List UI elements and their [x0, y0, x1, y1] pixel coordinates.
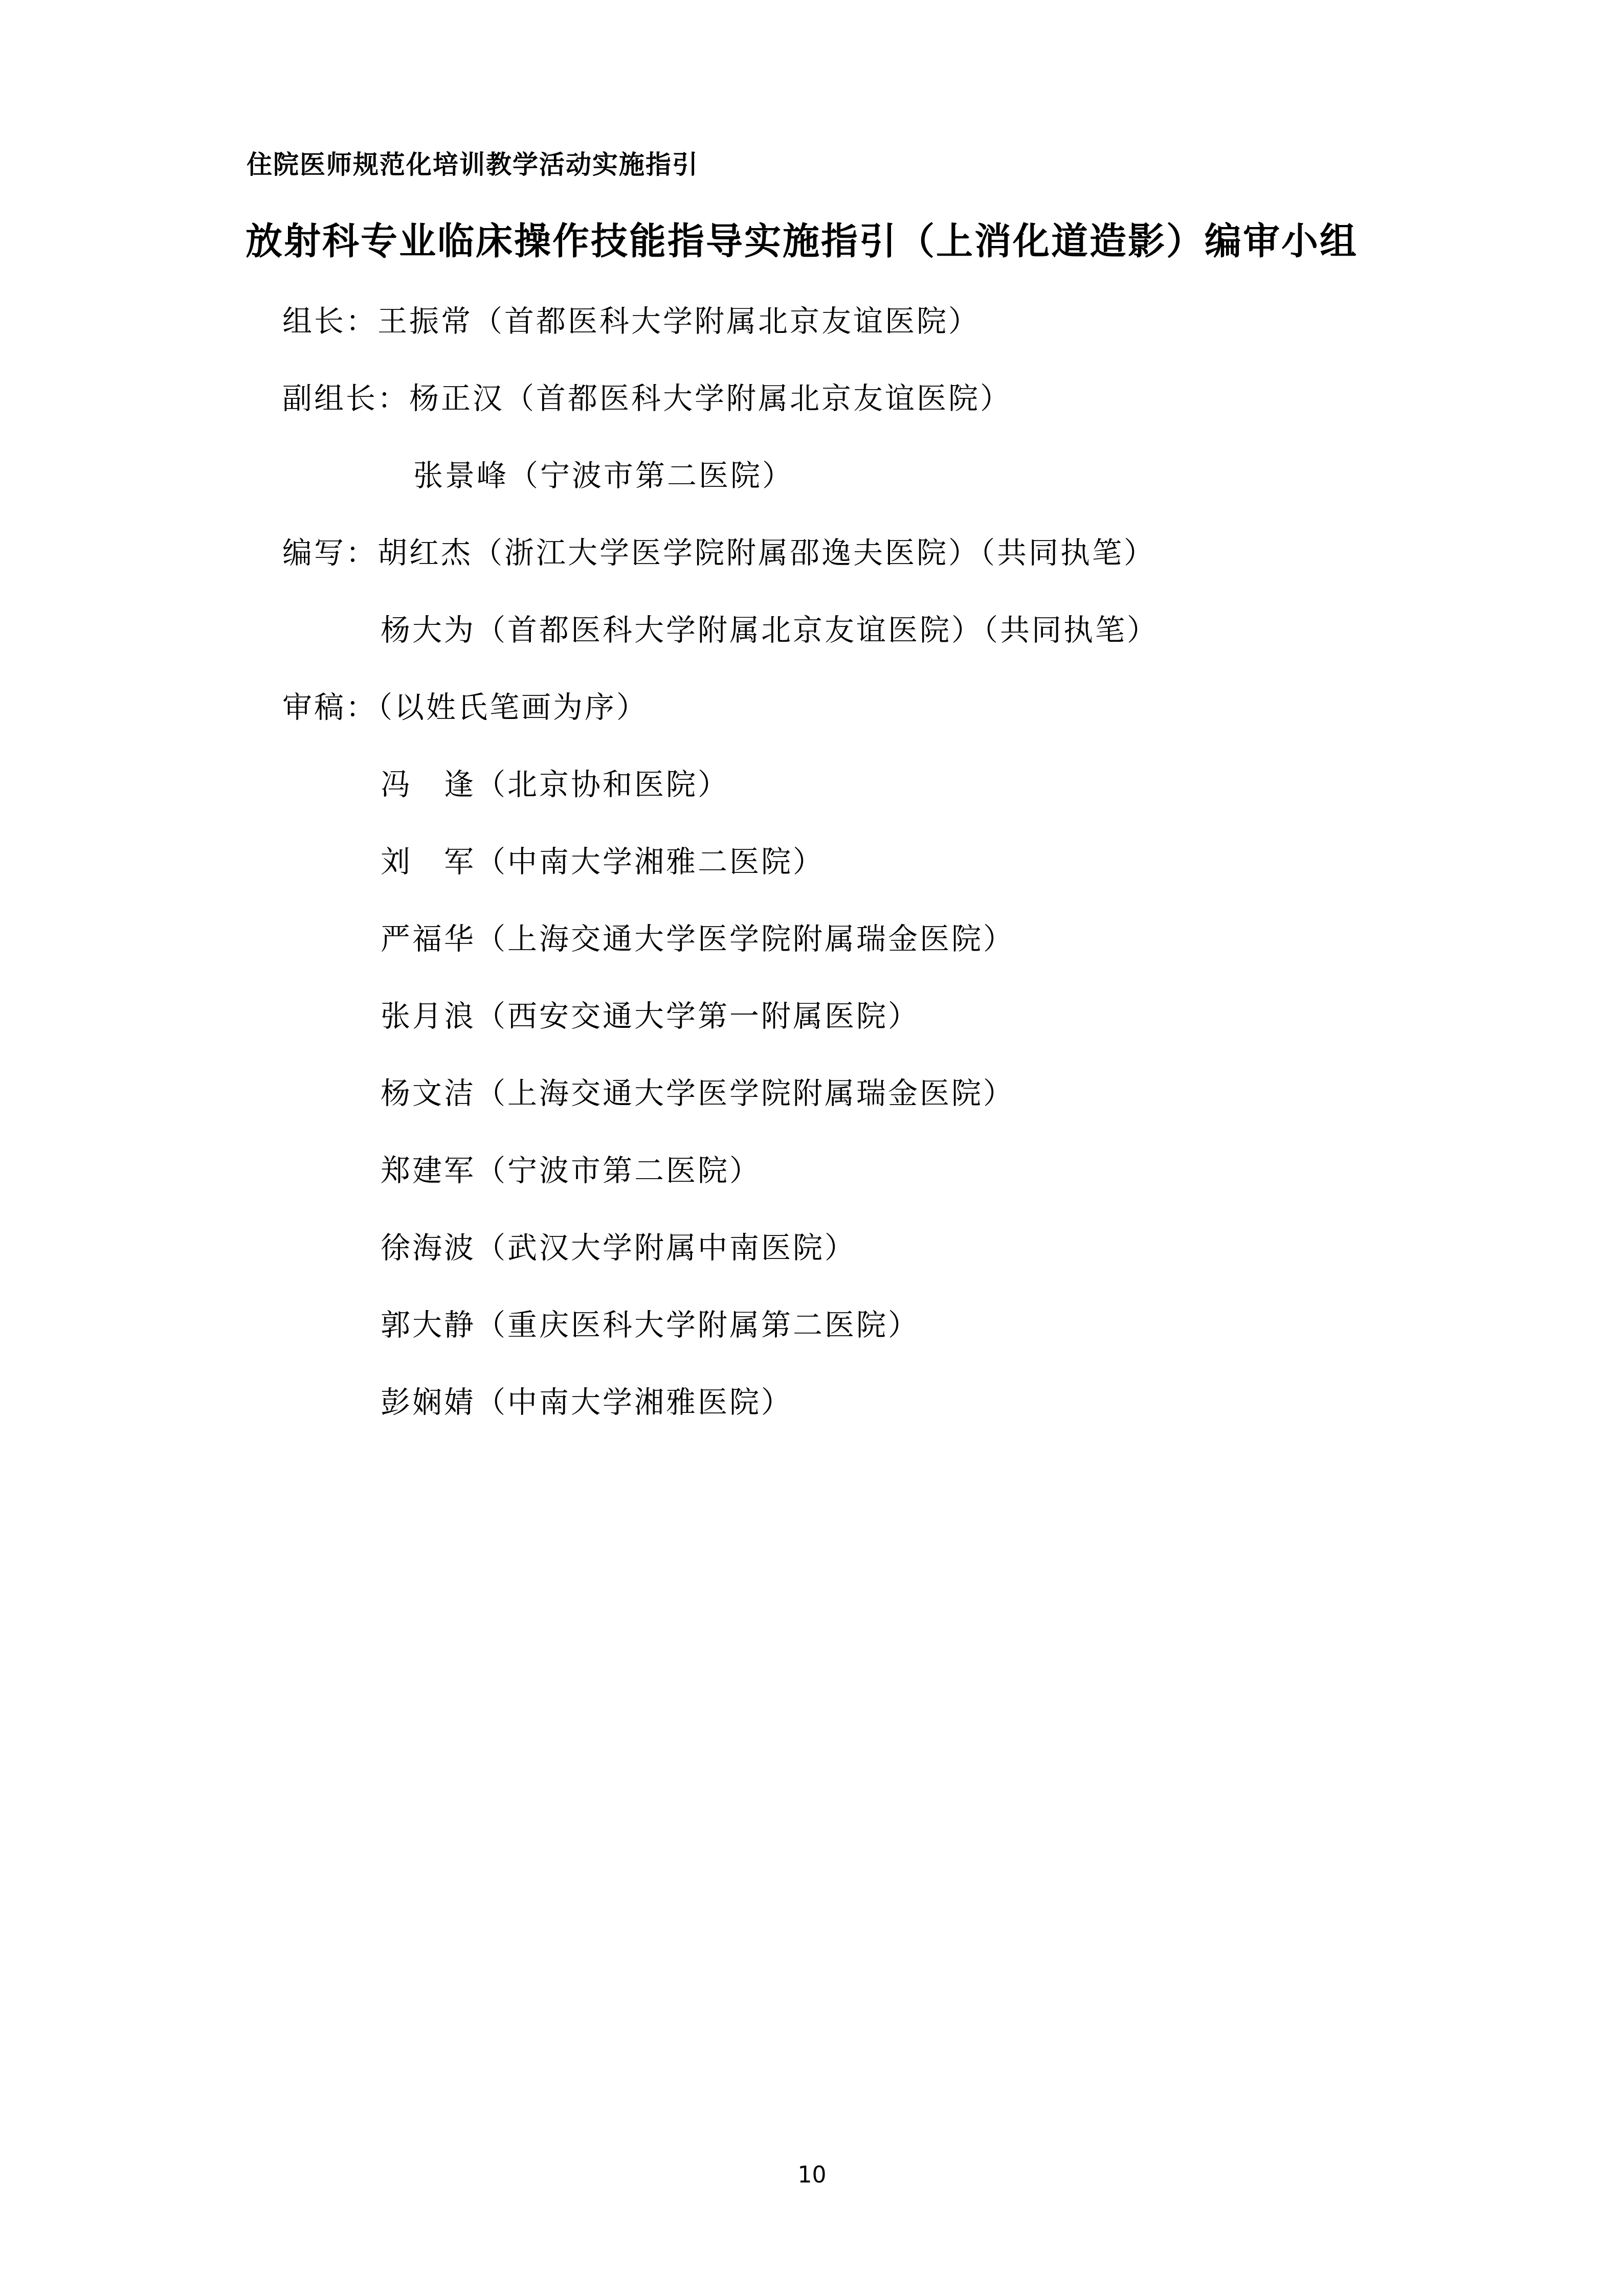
- reviewer-affiliation: （中南大学湘雅医院）: [476, 1385, 793, 1420]
- writer-row: 编写：胡红杰（浙江大学医学院附属邵逸夫医院）（共同执笔）: [282, 534, 1155, 571]
- writer-note: （共同执笔）: [983, 613, 1159, 647]
- leader-row: 组长：王振常（首都医科大学附属北京友谊医院）: [282, 303, 980, 340]
- page-title: 放射科专业临床操作技能指导实施指引（上消化道造影）编审小组: [246, 218, 1358, 264]
- deputy-leaders-label: 副组长：: [282, 381, 409, 416]
- reviewer-row: 郑建军（宁波市第二医院）: [381, 1152, 761, 1189]
- reviewer-row: 严福华（上海交通大学医学院附属瑞金医院）: [381, 920, 1015, 957]
- reviewer-affiliation: （西安交通大学第一附属医院）: [476, 999, 920, 1033]
- deputy-leader-name: 杨正汉: [409, 381, 504, 416]
- running-header: 住院医师规范化培训教学活动实施指引: [247, 149, 699, 180]
- reviewer-affiliation: （中南大学湘雅二医院）: [476, 844, 825, 879]
- deputy-leader-row: 副组长：杨正汉（首都医科大学附属北京友谊医院）: [282, 380, 1012, 417]
- reviewer-row: 彭娴婧（中南大学湘雅医院）: [381, 1384, 793, 1421]
- writer-note: （共同执笔）: [980, 535, 1155, 570]
- reviewer-name: 徐海波: [381, 1230, 476, 1265]
- reviewer-affiliation: （宁波市第二医院）: [476, 1153, 761, 1188]
- reviewer-affiliation: （武汉大学附属中南医院）: [476, 1230, 856, 1265]
- deputy-leader-name: 张景峰: [413, 458, 508, 493]
- reviewer-name: 张月浪: [381, 999, 476, 1033]
- leader-name: 王振常: [377, 304, 473, 339]
- reviewer-row: 冯 逢（北京协和医院）: [381, 766, 729, 803]
- writer-name: 杨大为: [381, 613, 476, 647]
- reviewer-row: 徐海波（武汉大学附属中南医院）: [381, 1229, 856, 1266]
- reviewer-name: 刘 军: [381, 844, 476, 879]
- writer-affiliation: （首都医科大学附属北京友谊医院）: [476, 613, 983, 647]
- reviewer-name: 郭大静: [381, 1308, 476, 1342]
- reviewers-label: 审稿：: [282, 690, 377, 725]
- document-page: 住院医师规范化培训教学活动实施指引 放射科专业临床操作技能指导实施指引（上消化道…: [0, 0, 1624, 2296]
- reviewer-name: 郑建军: [381, 1153, 476, 1188]
- writer-row: 杨大为（首都医科大学附属北京友谊医院）（共同执笔）: [381, 612, 1159, 648]
- reviewer-name: 杨文洁: [381, 1076, 476, 1111]
- leader-affiliation: （首都医科大学附属北京友谊医院）: [473, 304, 980, 339]
- reviewer-affiliation: （北京协和医院）: [476, 767, 729, 802]
- reviewer-row: 郭大静（重庆医科大学附属第二医院）: [381, 1307, 920, 1343]
- reviewer-row: 杨文洁（上海交通大学医学院附属瑞金医院）: [381, 1075, 1015, 1112]
- leader-label: 组长：: [282, 304, 377, 339]
- reviewer-affiliation: （重庆医科大学附属第二医院）: [476, 1308, 920, 1342]
- reviewers-heading-row: 审稿：（以姓氏笔画为序）: [282, 689, 648, 726]
- page-number: 10: [0, 2162, 1624, 2189]
- reviewers-order-note: （以姓氏笔画为序）: [377, 690, 648, 725]
- deputy-leader-affiliation: （宁波市第二医院）: [508, 458, 794, 493]
- deputy-leader-affiliation: （首都医科大学附属北京友谊医院）: [504, 381, 1012, 416]
- reviewer-row: 刘 军（中南大学湘雅二医院）: [381, 843, 825, 880]
- reviewer-name: 严福华: [381, 921, 476, 956]
- reviewer-affiliation: （上海交通大学医学院附属瑞金医院）: [476, 1076, 1015, 1111]
- deputy-leader-row: 张景峰（宁波市第二医院）: [413, 457, 794, 494]
- reviewer-row: 张月浪（西安交通大学第一附属医院）: [381, 998, 920, 1034]
- reviewer-affiliation: （上海交通大学医学院附属瑞金医院）: [476, 921, 1015, 956]
- reviewer-name: 冯 逢: [381, 767, 476, 802]
- writer-name: 胡红杰: [377, 535, 473, 570]
- writers-label: 编写：: [282, 535, 377, 570]
- reviewer-name: 彭娴婧: [381, 1385, 476, 1420]
- writer-affiliation: （浙江大学医学院附属邵逸夫医院）: [473, 535, 980, 570]
